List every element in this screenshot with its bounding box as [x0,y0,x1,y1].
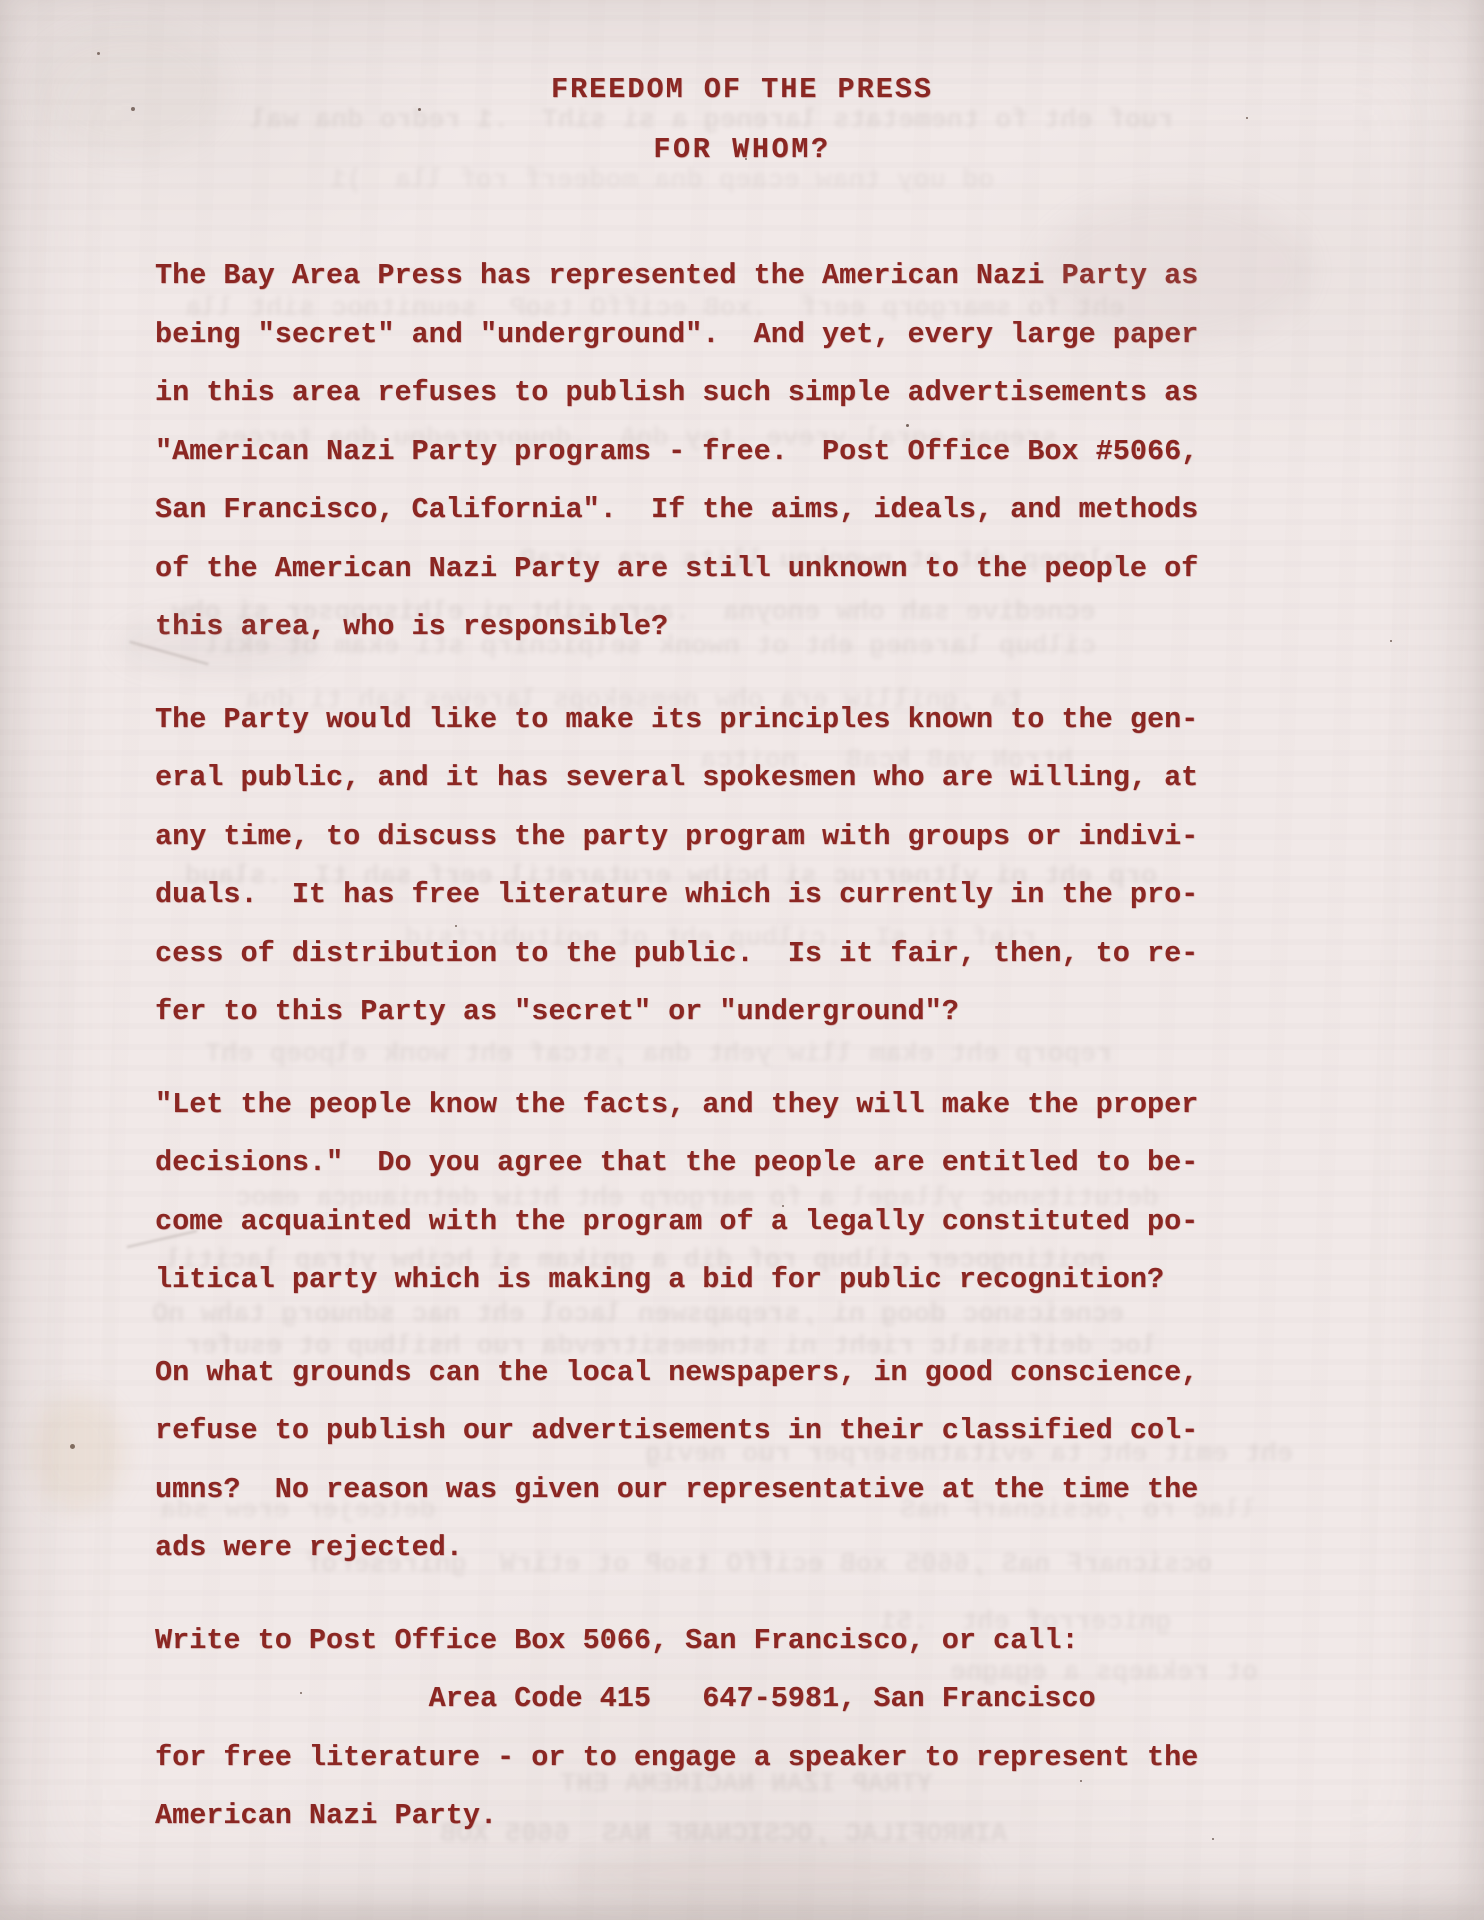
document-body: The Bay Area Press has represented the A… [155,247,1285,1880]
text-line: any time, to discuss the party program w… [155,808,1285,867]
text-line: Write to Post Office Box 5066, San Franc… [155,1612,1285,1671]
page-subtitle: FOR WHOM? [0,120,1484,180]
text-line: for free literature - or to engage a spe… [155,1729,1285,1788]
text-line: "American Nazi Party programs - free. Po… [155,423,1285,482]
scanned-document-page: ruof eht fo tnemetats lareneg a si sihT … [0,0,1484,1920]
text-line: cess of distribution to the public. Is i… [155,925,1285,984]
text-line-phone: Area Code 415 647-5981, San Francisco [155,1670,1285,1729]
text-line: being "secret" and "underground". And ye… [155,306,1285,365]
text-line: umns? No reason was given our representa… [155,1461,1285,1520]
text-line: come acquainted with the program of a le… [155,1193,1285,1252]
text-line: On what grounds can the local newspapers… [155,1344,1285,1403]
paper-stain [30,1395,125,1510]
paragraph-5-contact: Write to Post Office Box 5066, San Franc… [155,1612,1285,1846]
paragraph-4: On what grounds can the local newspapers… [155,1344,1285,1578]
text-line: duals. It has free literature which is c… [155,866,1285,925]
page-title: FREEDOM OF THE PRESS [0,60,1484,120]
text-line: this area, who is responsible? [155,598,1285,657]
text-line: litical party which is making a bid for … [155,1251,1285,1310]
document-header: FREEDOM OF THE PRESS FOR WHOM? [0,60,1484,180]
ink-speck [97,52,100,55]
text-line: San Francisco, California". If the aims,… [155,481,1285,540]
text-line: refuse to publish our advertisements in … [155,1402,1285,1461]
text-line: of the American Nazi Party are still unk… [155,540,1285,599]
text-line: American Nazi Party. [155,1787,1285,1846]
paragraph-2: The Party would like to make its princip… [155,691,1285,1042]
paragraph-1: The Bay Area Press has represented the A… [155,247,1285,657]
ink-speck [1390,640,1392,642]
text-line: ads were rejected. [155,1519,1285,1578]
text-line: "Let the people know the facts, and they… [155,1076,1285,1135]
text-line: The Party would like to make its princip… [155,691,1285,750]
paragraph-3: "Let the people know the facts, and they… [155,1076,1285,1310]
text-line: decisions." Do you agree that the people… [155,1134,1285,1193]
ink-speck [70,1444,75,1449]
text-line: fer to this Party as "secret" or "underg… [155,983,1285,1042]
text-line: in this area refuses to publish such sim… [155,364,1285,423]
text-line: The Bay Area Press has represented the A… [155,247,1285,306]
text-line: eral public, and it has several spokesme… [155,749,1285,808]
